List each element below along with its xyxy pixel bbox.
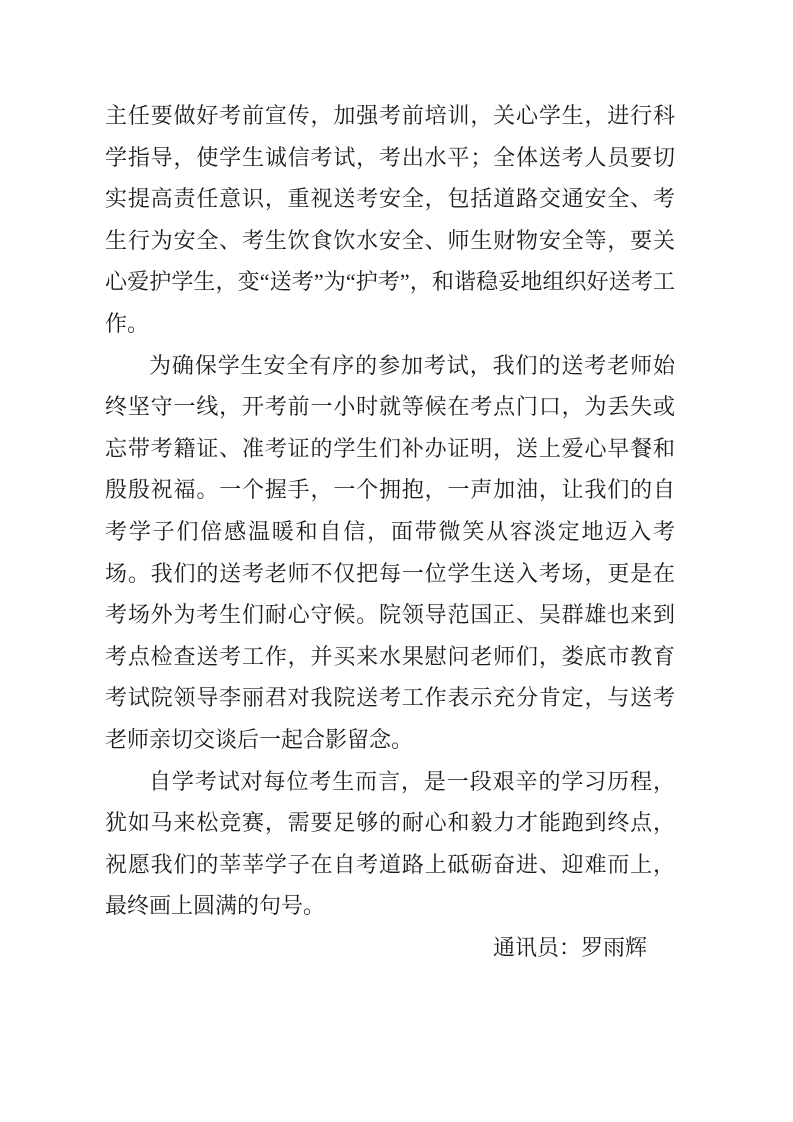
body-paragraph-1: 主任要做好考前宣传，加强考前培训，关心学生，进行科学指导，使学生诚信考试，考出水… [105, 95, 675, 345]
signature-line: 通讯员：罗雨辉 [105, 927, 675, 969]
document-page: 主任要做好考前宣传，加强考前培训，关心学生，进行科学指导，使学生诚信考试，考出水… [0, 0, 793, 1122]
document-body: 主任要做好考前宣传，加强考前培训，关心学生，进行科学指导，使学生诚信考试，考出水… [105, 95, 675, 968]
body-paragraph-2: 为确保学生安全有序的参加考试，我们的送考老师始终坚守一线，开考前一小时就等候在考… [105, 345, 675, 761]
body-paragraph-3: 自学考试对每位考生而言，是一段艰辛的学习历程，犹如马来松竞赛，需要足够的耐心和毅… [105, 761, 675, 927]
